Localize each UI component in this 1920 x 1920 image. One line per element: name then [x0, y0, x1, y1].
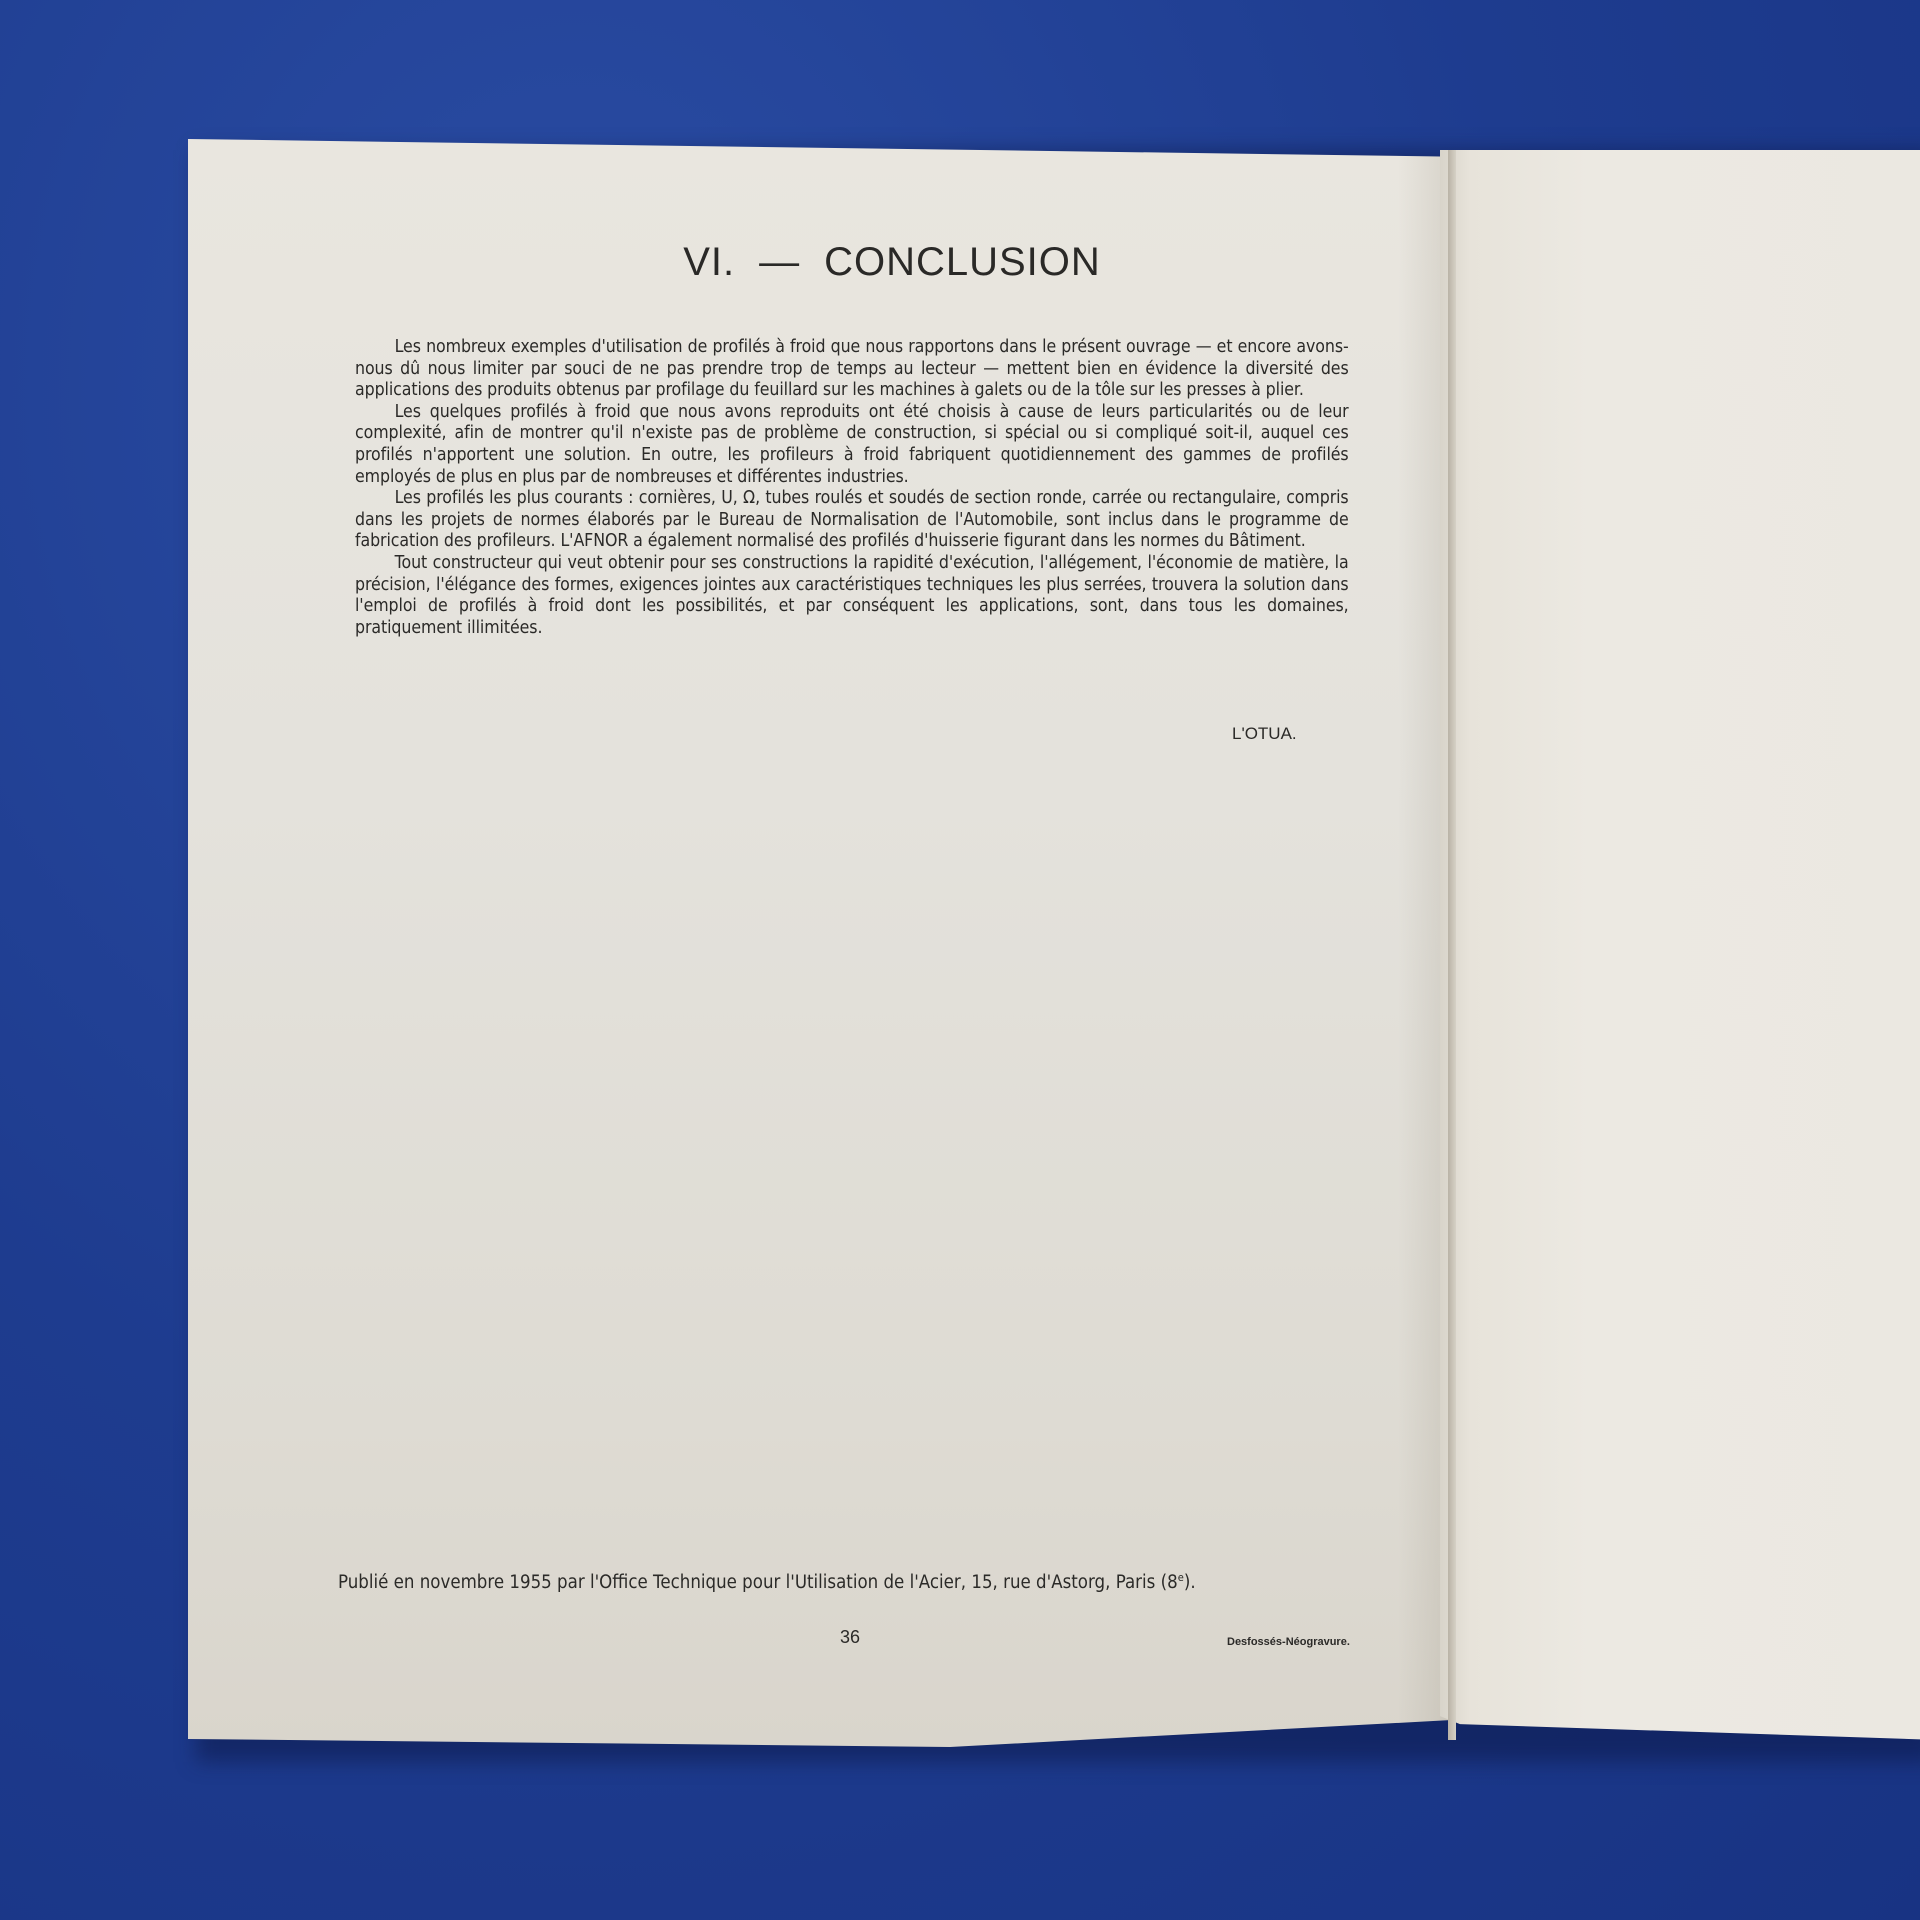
booklet-gutter — [1448, 150, 1456, 1740]
paragraph-2: Les quelques profilés à froid que nous a… — [355, 402, 1349, 488]
page-content: VI.—CONCLUSION Les nombreux exemples d'u… — [355, 240, 1349, 639]
paragraph-3: Les profilés les plus courants : cornièr… — [355, 488, 1349, 553]
section-heading: VI.—CONCLUSION — [435, 240, 1349, 285]
section-title: CONCLUSION — [824, 240, 1101, 284]
publication-colophon: Publié en novembre 1955 par l'Office Tec… — [338, 1571, 1196, 1593]
page-number: 36 — [840, 1627, 860, 1648]
printer-credit: Desfossés-Néogravure. — [1227, 1636, 1350, 1648]
body-text: Les nombreux exemples d'utilisation de p… — [355, 337, 1349, 639]
signature: L'OTUA. — [1232, 724, 1297, 744]
colophon-text: Publié en novembre 1955 par l'Office Tec… — [338, 1572, 1178, 1593]
paragraph-1: Les nombreux exemples d'utilisation de p… — [355, 337, 1349, 402]
heading-dash: — — [759, 240, 800, 284]
paragraph-4: Tout constructeur qui veut obtenir pour … — [355, 553, 1349, 639]
colophon-close: ). — [1184, 1572, 1196, 1593]
right-page-blank — [1440, 150, 1920, 1740]
section-number: VI. — [683, 240, 735, 284]
